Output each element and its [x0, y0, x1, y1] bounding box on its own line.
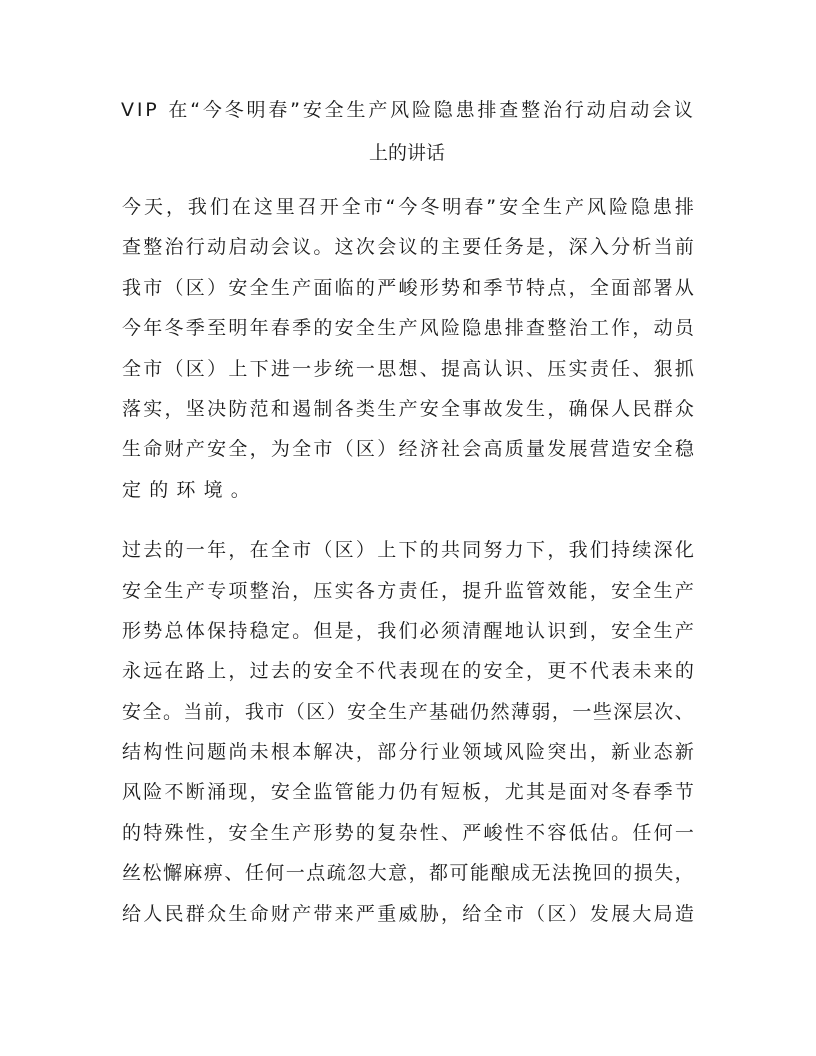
text-line: 结构性问题尚未根本解决，部分行业领域风险突出，新业态新: [122, 732, 694, 772]
document-page: VIP 在“今冬明春”安全生产风险隐患排查整治行动启动会议 上的讲话 今天，我们…: [0, 0, 816, 1056]
text-line: 的特殊性，安全生产形势的复杂性、严峻性不容低估。任何一: [122, 813, 694, 853]
document-body: 今天，我们在这里召开全市“今冬明春”安全生产风险隐患排 查整治行动启动会议。这次…: [122, 187, 694, 954]
text-line: 过去的一年，在全市（区）上下的共同努力下，我们持续深化: [122, 530, 694, 570]
text-line: 给人民群众生命财产带来严重威胁，给全市（区）发展大局造: [122, 894, 694, 934]
paragraph-2: 过去的一年，在全市（区）上下的共同努力下，我们持续深化 安全生产专项整治，压实各…: [122, 530, 694, 934]
text-line: 定的环境。: [122, 470, 694, 510]
text-line: 今年冬季至明年春季的安全生产风险隐患排查整治工作，动员: [122, 308, 694, 348]
text-line: 安全生产专项整治，压实各方责任，提升监管效能，安全生产: [122, 571, 694, 611]
title-line-2: 上的讲话: [121, 132, 693, 175]
text-line: 安全。当前，我市（区）安全生产基础仍然薄弱，一些深层次、: [122, 692, 694, 732]
text-line: 生命财产安全，为全市（区）经济社会高质量发展营造安全稳: [122, 429, 694, 469]
text-line: 风险不断涌现，安全监管能力仍有短板，尤其是面对冬春季节: [122, 772, 694, 812]
text-line: 丝松懈麻痹、任何一点疏忽大意，都可能酿成无法挽回的损失，: [122, 853, 694, 893]
document-title: VIP 在“今冬明春”安全生产风险隐患排查整治行动启动会议 上的讲话: [121, 89, 693, 175]
text-line: 查整治行动启动会议。这次会议的主要任务是，深入分析当前: [122, 227, 694, 267]
text-line: 全市（区）上下进一步统一思想、提高认识、压实责任、狠抓: [122, 349, 694, 389]
text-line: 我市（区）安全生产面临的严峻形势和季节特点，全面部署从: [122, 268, 694, 308]
title-line-1: VIP 在“今冬明春”安全生产风险隐患排查整治行动启动会议: [121, 89, 693, 132]
text-line: 落实，坚决防范和遏制各类生产安全事故发生，确保人民群众: [122, 389, 694, 429]
text-line: 形势总体保持稳定。但是，我们必须清醒地认识到，安全生产: [122, 611, 694, 651]
text-line: 永远在路上，过去的安全不代表现在的安全，更不代表未来的: [122, 651, 694, 691]
text-line: 今天，我们在这里召开全市“今冬明春”安全生产风险隐患排: [122, 187, 694, 227]
paragraph-1: 今天，我们在这里召开全市“今冬明春”安全生产风险隐患排 查整治行动启动会议。这次…: [122, 187, 694, 510]
